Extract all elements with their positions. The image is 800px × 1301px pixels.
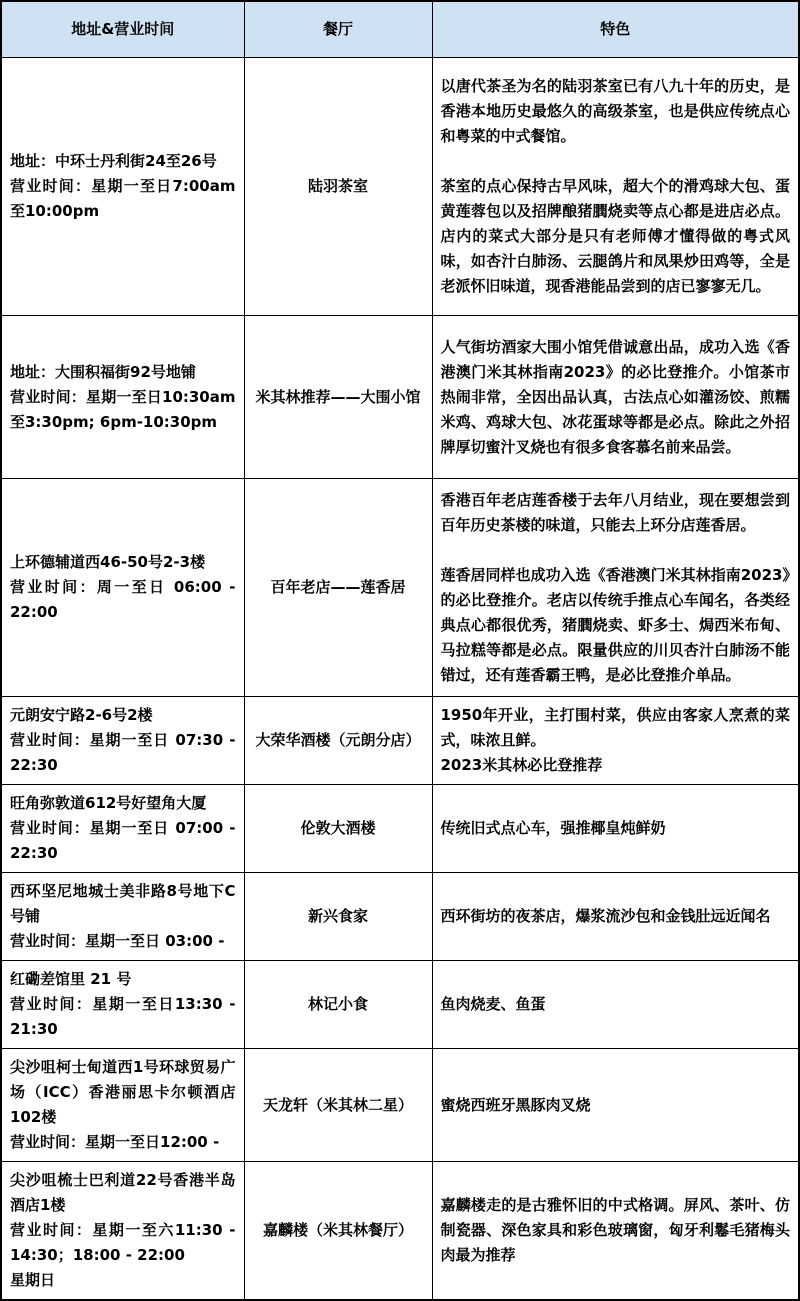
address-cell: 旺角弥敦道612号好望角大厦 营业时间：星期一至日 07:00 - 22:30 bbox=[1, 785, 244, 873]
header-row: 地址&营业时间 餐厅 特色 bbox=[1, 1, 799, 58]
table-row: 元朗安宁路2-6号2楼 营业时间：星期一至日 07:30 - 22:30 大荣华… bbox=[1, 697, 799, 785]
table-row: 地址：中环士丹利街24至26号 营业时间：星期一至日7:00am至10:00pm… bbox=[1, 58, 799, 316]
table-row: 旺角弥敦道612号好望角大厦 营业时间：星期一至日 07:00 - 22:30 … bbox=[1, 785, 799, 873]
features-cell: 人气街坊酒家大围小馆凭借诚意出品，成功入选《香港澳门米其林指南2023》的必比登… bbox=[432, 316, 799, 479]
table-row: 上环德辅道西46-50号2-3楼 营业时间：周一至日 06:00 - 22:00… bbox=[1, 479, 799, 697]
address-cell: 地址：中环士丹利街24至26号 营业时间：星期一至日7:00am至10:00pm bbox=[1, 58, 244, 316]
table-row: 地址：大围积福街92号地铺 营业时间：星期一至日10:30am至3:30pm; … bbox=[1, 316, 799, 479]
address-cell: 地址：大围积福街92号地铺 营业时间：星期一至日10:30am至3:30pm; … bbox=[1, 316, 244, 479]
address-cell: 元朗安宁路2-6号2楼 营业时间：星期一至日 07:30 - 22:30 bbox=[1, 697, 244, 785]
features-cell: 香港百年老店莲香楼于去年八月结业，现在要想尝到百年历史茶楼的味道，只能去上环分店… bbox=[432, 479, 799, 697]
features-cell: 嘉麟楼走的是古雅怀旧的中式格调。屏风、茶叶、仿制瓷器、深色家具和彩色玻璃窗，匈牙… bbox=[432, 1162, 799, 1301]
address-cell: 尖沙咀梳士巴利道22号香港半岛酒店1楼 营业时间：星期一至六11:30 - 14… bbox=[1, 1162, 244, 1301]
features-cell: 西环街坊的夜茶店，爆浆流沙包和金钱肚远近闻名 bbox=[432, 873, 799, 961]
restaurant-cell: 新兴食家 bbox=[244, 873, 432, 961]
features-cell: 以唐代茶圣为名的陆羽茶室已有八九十年的历史，是香港本地历史最悠久的高级茶室，也是… bbox=[432, 58, 799, 316]
restaurant-cell: 伦敦大酒楼 bbox=[244, 785, 432, 873]
restaurant-cell: 陆羽茶室 bbox=[244, 58, 432, 316]
restaurant-guide-table: 地址&营业时间 餐厅 特色 地址：中环士丹利街24至26号 营业时间：星期一至日… bbox=[0, 0, 800, 1301]
header-cell-restaurant: 餐厅 bbox=[244, 1, 432, 58]
restaurant-cell: 天龙轩（米其林二星） bbox=[244, 1049, 432, 1162]
features-cell: 传统旧式点心车，强推椰皇炖鲜奶 bbox=[432, 785, 799, 873]
table-row: 尖沙咀柯士甸道西1号环球贸易广场（ICC）香港丽思卡尔顿酒店102楼 营业时间：… bbox=[1, 1049, 799, 1162]
restaurant-cell: 林记小食 bbox=[244, 961, 432, 1049]
header-cell-features: 特色 bbox=[432, 1, 799, 58]
features-cell: 蜜烧西班牙黑豚肉叉烧 bbox=[432, 1049, 799, 1162]
table-row: 西环坚尼地城士美非路8号地下C号铺 营业时间：星期一至日 03:00 - 新兴食… bbox=[1, 873, 799, 961]
restaurant-cell: 嘉麟楼（米其林餐厅） bbox=[244, 1162, 432, 1301]
address-cell: 尖沙咀柯士甸道西1号环球贸易广场（ICC）香港丽思卡尔顿酒店102楼 营业时间：… bbox=[1, 1049, 244, 1162]
address-cell: 红磡差馆里 21 号 营业时间：星期一至日13:30 - 21:30 bbox=[1, 961, 244, 1049]
features-cell: 1950年开业，主打围村菜，供应由客家人烹煮的菜式，味浓且鲜。 2023米其林必… bbox=[432, 697, 799, 785]
document-page: 地址&营业时间 餐厅 特色 地址：中环士丹利街24至26号 营业时间：星期一至日… bbox=[0, 0, 800, 1301]
table-row: 红磡差馆里 21 号 营业时间：星期一至日13:30 - 21:30 林记小食 … bbox=[1, 961, 799, 1049]
restaurant-cell: 米其林推荐——大围小馆 bbox=[244, 316, 432, 479]
address-cell: 西环坚尼地城士美非路8号地下C号铺 营业时间：星期一至日 03:00 - bbox=[1, 873, 244, 961]
table-row: 尖沙咀梳士巴利道22号香港半岛酒店1楼 营业时间：星期一至六11:30 - 14… bbox=[1, 1162, 799, 1301]
header-cell-address: 地址&营业时间 bbox=[1, 1, 244, 58]
restaurant-cell: 大荣华酒楼（元朗分店） bbox=[244, 697, 432, 785]
restaurant-cell: 百年老店——莲香居 bbox=[244, 479, 432, 697]
features-cell: 鱼肉烧麦、鱼蛋 bbox=[432, 961, 799, 1049]
address-cell: 上环德辅道西46-50号2-3楼 营业时间：周一至日 06:00 - 22:00 bbox=[1, 479, 244, 697]
